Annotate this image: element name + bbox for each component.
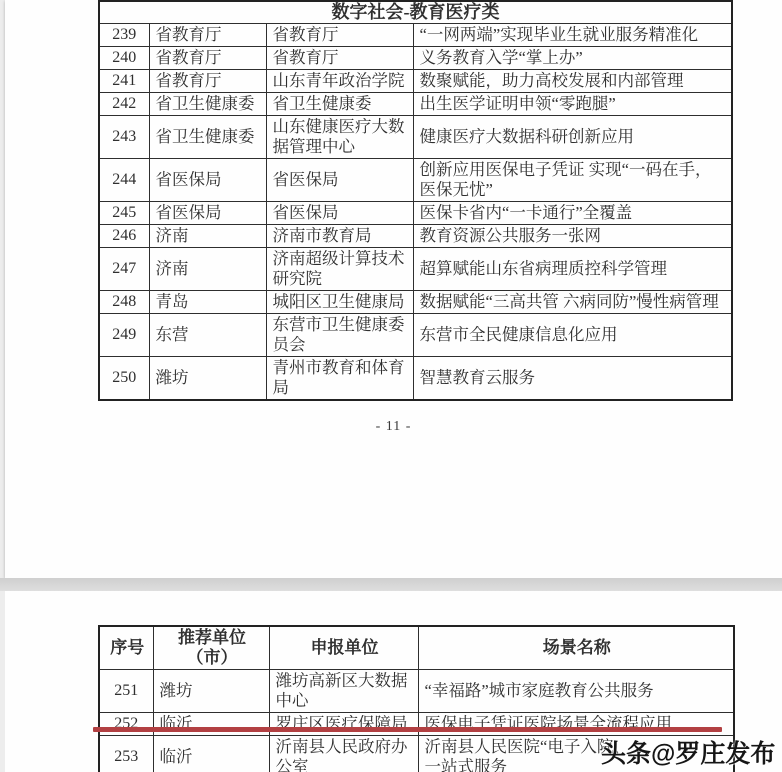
cell-scene: 出生医学证明申领“零跑腿”: [413, 93, 732, 116]
cell-applicant: 潍坊高新区大数据中心: [269, 670, 418, 713]
cell-scene: “一网两端”实现毕业生就业服务精准化: [413, 24, 732, 47]
cell-scene: 数聚赋能，助力高校发展和内部管理: [413, 70, 732, 93]
cell-recommender: 省教育厅: [149, 47, 266, 70]
cell-recommender: 潍坊: [149, 357, 266, 401]
table-row: 243省卫生健康委山东健康医疗大数据管理中心健康医疗大数据科研创新应用: [99, 116, 732, 159]
cell-recommender: 济南: [149, 248, 266, 291]
cell-number: 252: [99, 713, 153, 736]
cell-recommender: 省医保局: [149, 159, 266, 202]
cell-recommender: 济南: [149, 225, 266, 248]
cell-number: 244: [99, 159, 149, 202]
cell-recommender: 省教育厅: [149, 70, 266, 93]
table-row: 250潍坊青州市教育和体育局智慧教育云服务: [99, 357, 732, 401]
cell-scene: 超算赋能山东省病理质控科学管理: [413, 248, 732, 291]
cell-number: 249: [99, 314, 149, 357]
cell-applicant: 省医保局: [266, 202, 413, 225]
cell-applicant: 济南超级计算技术研究院: [266, 248, 413, 291]
cell-recommender: 东营: [149, 314, 266, 357]
category-table-body: 239省教育厅省教育厅“一网两端”实现毕业生就业服务精准化240省教育厅省教育厅…: [99, 24, 732, 401]
cell-number: 253: [99, 736, 153, 772]
cell-number: 241: [99, 70, 149, 93]
screenshot-stage: - 11 - 数字社会-教育医疗类 239省教育厅省教育厅“一网两端”实现毕业生…: [0, 0, 782, 772]
page-number: - 11 -: [5, 419, 782, 435]
cell-recommender: 临沂: [153, 713, 269, 736]
cell-scene: 义务教育入学“掌上办”: [413, 47, 732, 70]
red-underline-highlight: [93, 727, 722, 732]
cell-applicant: 青州市教育和体育局: [266, 357, 413, 401]
cell-applicant: 沂南县人民政府办公室: [269, 736, 418, 772]
cell-applicant: 东营市卫生健康委员会: [266, 314, 413, 357]
cell-number: 239: [99, 24, 149, 47]
category-table: 数字社会-教育医疗类 239省教育厅省教育厅“一网两端”实现毕业生就业服务精准化…: [98, 0, 733, 401]
cell-number: 242: [99, 93, 149, 116]
table-row: 239省教育厅省教育厅“一网两端”实现毕业生就业服务精准化: [99, 24, 732, 47]
cell-scene: 数据赋能“三高共管 六病同防”慢性病管理: [413, 291, 732, 314]
cell-number: 248: [99, 291, 149, 314]
table-row: 245省医保局省医保局医保卡省内“一卡通行”全覆盖: [99, 202, 732, 225]
table-title: 数字社会-教育医疗类: [99, 1, 732, 24]
column-header-recommender: 推荐单位 （市）: [153, 626, 269, 670]
header-row: 序号 推荐单位 （市） 申报单位 场景名称: [99, 626, 734, 670]
cell-scene: 东营市全民健康信息化应用: [413, 314, 732, 357]
cell-scene: 医保电子凭证医院场景全流程应用: [418, 713, 734, 736]
cell-applicant: 省教育厅: [266, 47, 413, 70]
cell-number: 246: [99, 225, 149, 248]
cell-recommender: 潍坊: [153, 670, 269, 713]
table-row: 240省教育厅省教育厅义务教育入学“掌上办”: [99, 47, 732, 70]
cell-scene: “幸福路”城市家庭教育公共服务: [418, 670, 734, 713]
column-header-no: 序号: [99, 626, 153, 670]
table-row: 242省卫生健康委省卫生健康委出生医学证明申领“零跑腿”: [99, 93, 732, 116]
cell-applicant: 省教育厅: [266, 24, 413, 47]
cell-recommender: 临沂: [153, 736, 269, 772]
table-title-row: 数字社会-教育医疗类: [99, 1, 732, 24]
watermark: 头条@罗庄发布: [601, 734, 775, 770]
cell-applicant: 济南市教育局: [266, 225, 413, 248]
cell-recommender: 省教育厅: [149, 24, 266, 47]
cell-applicant: 罗庄区医疗保障局: [269, 713, 418, 736]
cell-recommender: 省卫生健康委: [149, 93, 266, 116]
cell-number: 251: [99, 670, 153, 713]
table-row: 246济南济南市教育局教育资源公共服务一张网: [99, 225, 732, 248]
table-row: 241省教育厅山东青年政治学院数聚赋能，助力高校发展和内部管理: [99, 70, 732, 93]
cell-recommender: 青岛: [149, 291, 266, 314]
table-row: 247济南济南超级计算技术研究院超算赋能山东省病理质控科学管理: [99, 248, 732, 291]
cell-scene: 健康医疗大数据科研创新应用: [413, 116, 732, 159]
column-header-applicant: 申报单位: [269, 626, 418, 670]
cell-applicant: 山东健康医疗大数据管理中心: [266, 116, 413, 159]
column-header-scene: 场景名称: [418, 626, 734, 670]
cell-applicant: 城阳区卫生健康局: [266, 291, 413, 314]
cell-applicant: 山东青年政治学院: [266, 70, 413, 93]
table-row: 251潍坊潍坊高新区大数据中心“幸福路”城市家庭教育公共服务: [99, 670, 734, 713]
cell-number: 243: [99, 116, 149, 159]
table-row: 244省医保局省医保局创新应用医保电子凭证 实现“一码在手，医保无忧”: [99, 159, 732, 202]
cell-number: 250: [99, 357, 149, 401]
cell-applicant: 省医保局: [266, 159, 413, 202]
cell-recommender: 省卫生健康委: [149, 116, 266, 159]
page-separator: [0, 578, 782, 591]
cell-number: 247: [99, 248, 149, 291]
cell-recommender: 省医保局: [149, 202, 266, 225]
cell-scene: 智慧教育云服务: [413, 357, 732, 401]
cell-applicant: 省卫生健康委: [266, 93, 413, 116]
cell-scene: 医保卡省内“一卡通行”全覆盖: [413, 202, 732, 225]
cell-scene: 创新应用医保电子凭证 实现“一码在手，医保无忧”: [413, 159, 732, 202]
cell-scene: 教育资源公共服务一张网: [413, 225, 732, 248]
table-row: 248青岛城阳区卫生健康局数据赋能“三高共管 六病同防”慢性病管理: [99, 291, 732, 314]
cell-number: 245: [99, 202, 149, 225]
cell-number: 240: [99, 47, 149, 70]
table-row: 249东营东营市卫生健康委员会东营市全民健康信息化应用: [99, 314, 732, 357]
table-row-highlighted: 252临沂罗庄区医疗保障局医保电子凭证医院场景全流程应用: [99, 713, 734, 736]
